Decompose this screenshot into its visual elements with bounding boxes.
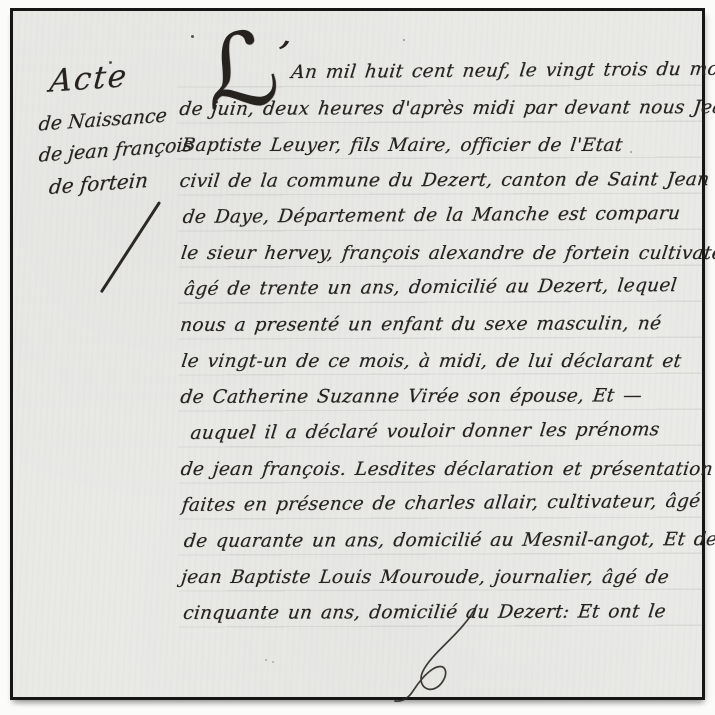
ink-speck	[265, 659, 267, 661]
text-line: faites en présence de charles allair, cu…	[180, 484, 710, 524]
scan-background: { "colors": { "paper": "#e9e9e6", "ink":…	[0, 0, 715, 715]
margin-note-line: de jean françois	[38, 133, 200, 166]
ink-speck	[403, 39, 405, 41]
text-line: nous a presenté un enfant du sexe mascul…	[178, 306, 709, 344]
act-body: An mil huit cent neuf, le vingt trois du…	[177, 54, 706, 632]
margin-note-title: Acte	[48, 53, 195, 99]
text-line: Baptiste Leuyer, fils Maire, officier de…	[179, 128, 708, 164]
margin-slash-stroke	[100, 201, 161, 293]
text-line: jean Baptiste Louis Mouroude, journalier…	[179, 560, 710, 596]
text-line: de jean françois. Lesdites déclaration e…	[179, 452, 710, 488]
ink-speck	[272, 661, 274, 663]
text-line: le vingt-un de ce mois, à midi, de lui d…	[179, 344, 709, 380]
document-page: Acte de Naissance de jean françois de fo…	[10, 8, 705, 700]
ink-speck	[630, 151, 632, 153]
text-line: de Catherine Suzanne Virée son épouse, E…	[178, 378, 709, 416]
ink-speck	[109, 61, 112, 64]
ink-speck	[191, 35, 194, 38]
text-line: âgé de trente un ans, domicilié au Dezer…	[182, 268, 709, 308]
text-line: auquel il a déclaré vouloir donner les p…	[188, 412, 709, 452]
margin-note-line: de Naissance	[38, 102, 198, 135]
text-line: de Daye, Département de la Manche est co…	[181, 196, 709, 236]
pen-flourish	[391, 603, 521, 705]
text-line: civil de la commune du Dezert, canton de…	[177, 162, 708, 200]
text-line: de juin, deux heures d'après midi par de…	[177, 90, 708, 128]
text-line: de quarante un ans, domicilié au Mesnil-…	[182, 522, 710, 560]
text-line: An mil huit cent neuf, le vingt trois du…	[177, 52, 708, 92]
text-line: le sieur hervey, françois alexandre de f…	[179, 236, 709, 272]
